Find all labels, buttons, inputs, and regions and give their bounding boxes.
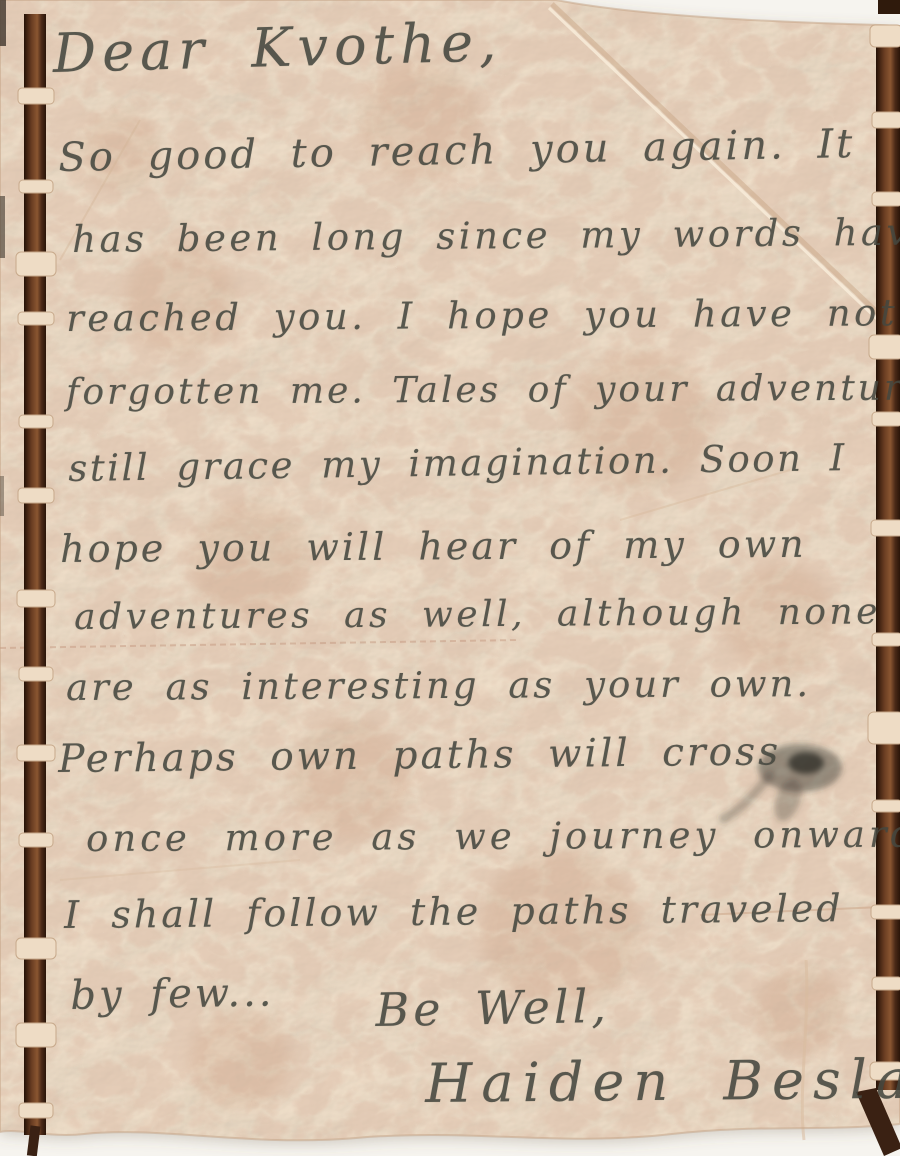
paper-and-ribbon-artwork xyxy=(0,0,900,1156)
scanned-letter: Dear Kvothe, So good to reach you again.… xyxy=(0,0,900,1156)
